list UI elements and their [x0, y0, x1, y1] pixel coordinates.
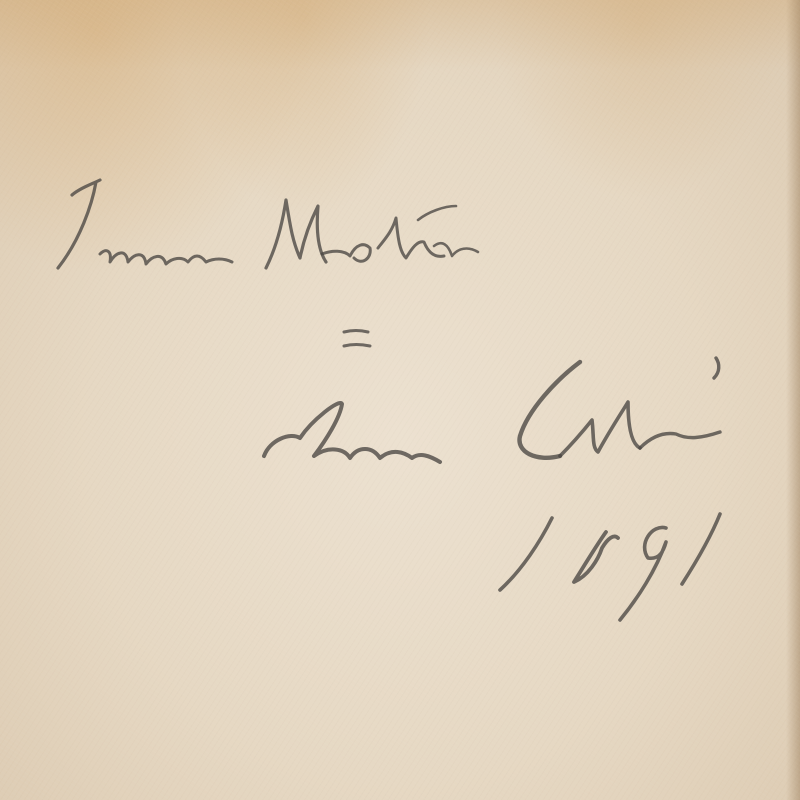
handwriting-from: [58, 180, 232, 268]
aged-paper: From Mother = Xmas 1891: [0, 0, 800, 800]
handwriting-year: [500, 514, 720, 620]
pencil-inscription: [0, 0, 800, 800]
handwriting-mother: [266, 200, 478, 268]
handwriting-equals: [344, 331, 370, 347]
handwriting-xmas: [264, 358, 720, 462]
